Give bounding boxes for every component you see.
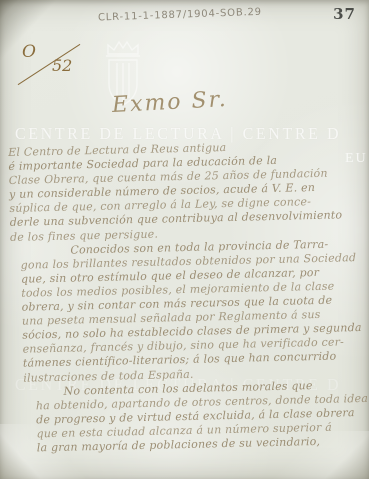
archive-reference-pencil: CLR-11-1-1887/1904-SOB.29 xyxy=(98,6,298,24)
letter-body: El Centro de Lectura de Reus antigua é i… xyxy=(6,138,369,456)
registry-mark: O 52 xyxy=(10,34,90,94)
registry-mark-top: O xyxy=(22,42,36,62)
page-number: 37 xyxy=(333,5,356,23)
scanned-letter-page: CLR-11-1-1887/1904-SOB.29 37 O 52 CENTRE… xyxy=(0,0,369,479)
registry-mark-bottom: 52 xyxy=(52,56,72,75)
salutation: Exmo Sr. xyxy=(111,87,228,118)
